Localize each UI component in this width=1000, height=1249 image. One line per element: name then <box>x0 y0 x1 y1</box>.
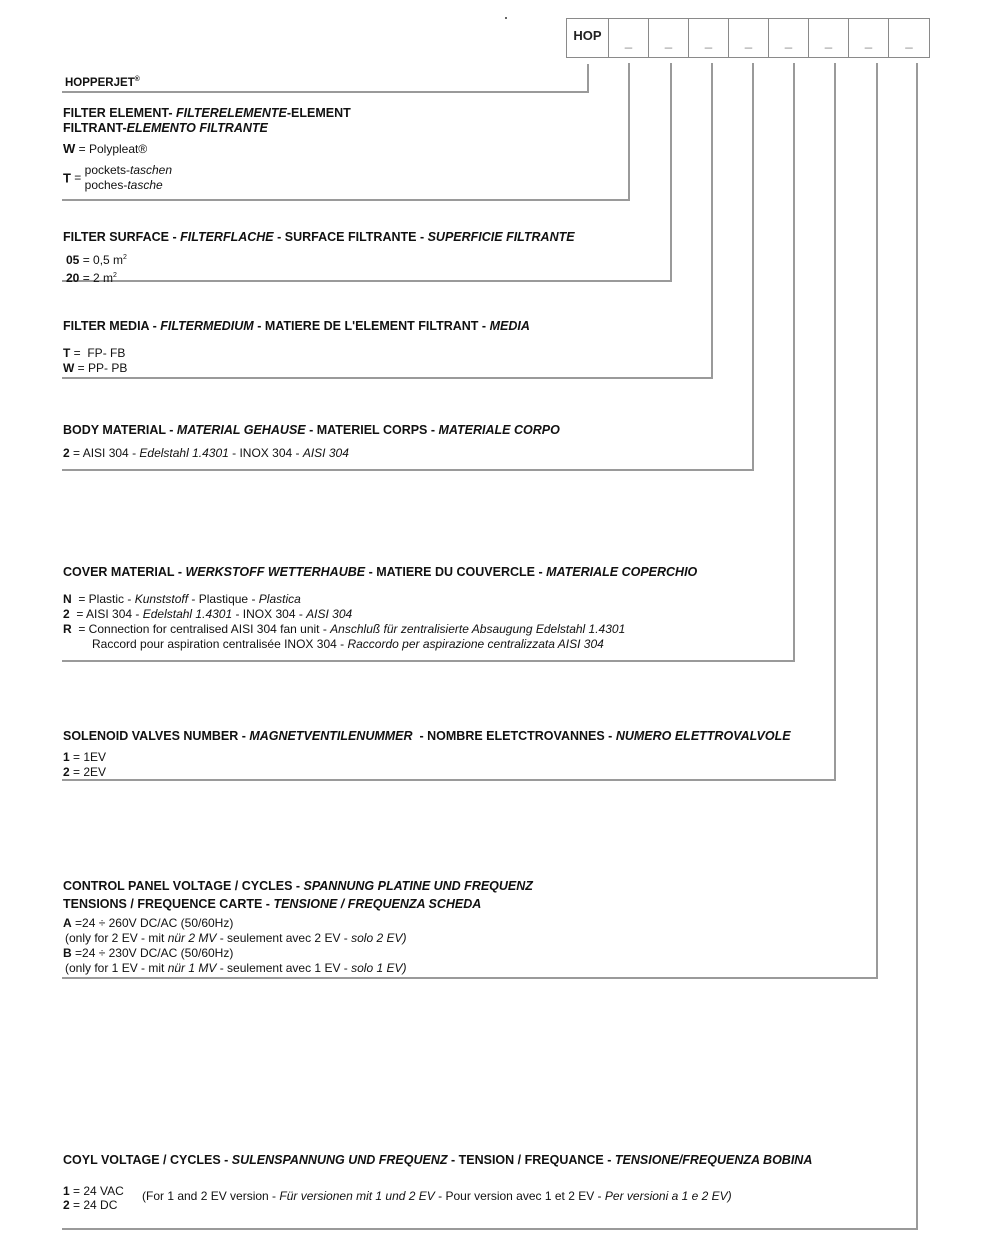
connector-line <box>62 377 713 379</box>
text-fragment: nür 1 MV <box>168 961 217 975</box>
text-fragment: Kunststoff <box>135 592 188 606</box>
text-fragment: Plastica <box>259 592 301 606</box>
code-cell-solenoid-valves: _ <box>809 19 849 57</box>
connector-line <box>62 1228 918 1230</box>
text-fragment: =24 ÷ 230V DC/AC (50/60Hz) <box>72 946 234 960</box>
option-row: W = PP- PB <box>63 361 530 376</box>
coil-voltage-note: (For 1 and 2 EV version - Für versionen … <box>142 1189 732 1203</box>
text-fragment: = 24 VAC <box>70 1184 124 1198</box>
text-fragment: = AISI 304 - <box>70 607 143 621</box>
code-cell-prefix: HOP <box>567 19 609 57</box>
text-fragment: - INOX 304 - <box>229 446 303 460</box>
option-note: (only for 1 EV - mit nür 1 MV - seulemen… <box>63 961 533 976</box>
connector-line <box>628 63 630 200</box>
option-row: 2 = 2EV <box>63 765 791 780</box>
section-solenoid-valves: SOLENOID VALVES NUMBER - MAGNETVENTILENU… <box>63 729 791 780</box>
option-row: B =24 ÷ 230V DC/AC (50/60Hz) <box>63 946 533 961</box>
text-fragment: ELEMENTO FILTRANTE <box>127 121 268 135</box>
connector-line <box>587 64 589 92</box>
text-fragment: SOLENOID VALVES NUMBER - <box>63 729 249 743</box>
option-row: R = Connection for centralised AISI 304 … <box>63 622 697 637</box>
text-fragment: - Pour version avec 1 et 2 EV - <box>435 1189 605 1203</box>
text-fragment: 2 <box>63 446 70 460</box>
stray-mark <box>505 17 507 19</box>
text-fragment: Raccordo per aspirazione centralizzata A… <box>347 637 603 651</box>
text-fragment: TENSIONE/FREQUENZA BOBINA <box>615 1153 812 1167</box>
text-fragment: AISI 304 <box>306 607 352 621</box>
text-fragment: (For 1 and 2 EV version - <box>142 1189 279 1203</box>
section-filter-element: FILTER ELEMENT- FILTERELEMENTE-ELEMENT F… <box>63 106 351 193</box>
code-cell-control-panel: _ <box>849 19 889 57</box>
code-cell-filter-media: _ <box>689 19 729 57</box>
text-fragment: nür 2 MV <box>168 931 217 945</box>
text-fragment: - seulement avec 1 EV - <box>216 961 351 975</box>
text-fragment: CONTROL PANEL VOLTAGE / CYCLES - <box>63 879 304 893</box>
text-fragment: tasche <box>127 178 162 192</box>
text-fragment: SPANNUNG PLATINE UND FREQUENZ <box>304 879 533 893</box>
connector-line <box>916 63 918 1230</box>
option-row: 20 = 2 m2 <box>63 268 575 286</box>
code-cell-body-material: _ <box>729 19 769 57</box>
text-fragment: MATERIAL GEHAUSE <box>177 423 306 437</box>
section-coil-voltage: COYL VOLTAGE / CYCLES - SULENSPANNUNG UN… <box>63 1153 812 1212</box>
text-fragment: = Connection for centralised AISI 304 fa… <box>72 622 331 636</box>
text-fragment: MATERIALE COPERCHIO <box>546 565 697 579</box>
text-fragment: FILTER SURFACE - <box>63 230 180 244</box>
section-title: COVER MATERIAL - WERKSTOFF WETTERHAUBE -… <box>63 565 697 580</box>
text-fragment: N <box>63 592 72 606</box>
text-fragment: Für versionen mit 1 und 2 EV <box>279 1189 434 1203</box>
text-fragment: - seulement avec 2 EV - <box>216 931 351 945</box>
connector-line <box>62 977 878 979</box>
text-fragment: - SURFACE FILTRANTE - <box>274 230 428 244</box>
text-fragment: BODY MATERIAL - <box>63 423 177 437</box>
text-fragment: - Plastique - <box>188 592 259 606</box>
product-name-text: HOPPERJET <box>65 77 135 89</box>
text-fragment: = 2 m <box>79 271 113 285</box>
text-fragment: -ELEMENT <box>287 106 351 120</box>
text-fragment: Edelstahl 1.4301 <box>139 446 228 460</box>
text-fragment: T <box>63 171 71 186</box>
section-title: BODY MATERIAL - MATERIAL GEHAUSE - MATER… <box>63 423 560 438</box>
text-fragment: COVER MATERIAL - <box>63 565 185 579</box>
text-fragment: - MATIERE DU COUVERCLE - <box>365 565 546 579</box>
text-fragment: (only for 2 EV - mit <box>65 931 168 945</box>
section-title: CONTROL PANEL VOLTAGE / CYCLES - SPANNUN… <box>63 877 533 913</box>
text-fragment: solo 1 EV) <box>351 961 406 975</box>
text-fragment: solo 2 EV) <box>351 931 406 945</box>
option-row: 2 = AISI 304 - Edelstahl 1.4301 - INOX 3… <box>63 446 560 461</box>
text-fragment: 2 <box>63 1198 70 1212</box>
option-row: 2 = AISI 304 - Edelstahl 1.4301 - INOX 3… <box>63 607 697 622</box>
text-fragment: - TENSION / FREQUANCE - <box>448 1153 615 1167</box>
text-fragment: FILTER MEDIA - <box>63 319 160 333</box>
text-fragment: AISI 304 <box>303 446 349 460</box>
section-filter-media: FILTER MEDIA - FILTERMEDIUM - MATIERE DE… <box>63 319 530 376</box>
text-fragment: - MATIERE DE L'ELEMENT FILTRANT - <box>254 319 490 333</box>
text-fragment: FILTERFLACHE <box>180 230 274 244</box>
text-fragment: 2 <box>113 272 117 279</box>
text-fragment: - NOMBRE ELETCTROVANNES - <box>413 729 616 743</box>
section-title: FILTER ELEMENT- FILTERELEMENTE-ELEMENT F… <box>63 106 351 136</box>
text-fragment: = AISI 304 - <box>70 446 140 460</box>
text-fragment: = Plastic - <box>72 592 135 606</box>
text-fragment: 2 <box>123 254 127 261</box>
text-fragment: SUPERFICIE FILTRANTE <box>428 230 575 244</box>
text-fragment: = 0,5 m <box>79 253 123 267</box>
section-title: COYL VOLTAGE / CYCLES - SULENSPANNUNG UN… <box>63 1153 812 1168</box>
text-fragment: MEDIA <box>490 319 530 333</box>
text-fragment: FILTERMEDIUM <box>160 319 254 333</box>
connector-line <box>670 63 672 281</box>
text-fragment: = PP- PB <box>74 361 127 375</box>
text-fragment: = 1EV <box>70 750 106 764</box>
connector-line <box>793 63 795 662</box>
text-fragment: taschen <box>130 163 172 177</box>
option-row: W = Polypleat® <box>63 141 351 157</box>
text-fragment: FILTRANT- <box>63 121 127 135</box>
registered-mark: ® <box>135 76 140 83</box>
code-cell-cover-material: _ <box>769 19 809 57</box>
connector-line <box>876 63 878 979</box>
option-row: 1 = 1EV <box>63 750 791 765</box>
text-fragment: = <box>71 171 85 185</box>
text-fragment: WERKSTOFF WETTERHAUBE <box>185 565 365 579</box>
text-fragment: W <box>63 141 75 156</box>
order-code-box: HOP _ _ _ _ _ _ _ _ <box>566 18 930 58</box>
text-fragment: 20 <box>66 271 79 285</box>
connector-line <box>62 469 754 471</box>
section-title: FILTER SURFACE - FILTERFLACHE - SURFACE … <box>63 230 575 245</box>
text-fragment: COYL VOLTAGE / CYCLES - <box>63 1153 232 1167</box>
option-row: N = Plastic - Kunststoff - Plastique - P… <box>63 592 697 607</box>
product-name: HOPPERJET® <box>65 76 140 89</box>
text-fragment: Per versioni a 1 e 2 EV) <box>605 1189 732 1203</box>
section-control-panel: CONTROL PANEL VOLTAGE / CYCLES - SPANNUN… <box>63 877 533 976</box>
connector-line <box>62 660 795 662</box>
text-fragment: SULENSPANNUNG UND FREQUENZ <box>232 1153 448 1167</box>
text-fragment: poches- <box>85 178 128 192</box>
text-fragment: - INOX 304 - <box>232 607 306 621</box>
text-fragment: 05 <box>66 253 79 267</box>
option-row: A =24 ÷ 260V DC/AC (50/60Hz) <box>63 916 533 931</box>
code-cell-coil-voltage: _ <box>889 19 929 57</box>
text-fragment: = 24 DC <box>70 1198 118 1212</box>
text-fragment: TENSIONE / FREQUENZA SCHEDA <box>273 897 481 911</box>
text-fragment: Edelstahl 1.4301 <box>143 607 232 621</box>
text-fragment: (only for 1 EV - mit <box>65 961 168 975</box>
text-fragment: R <box>63 622 72 636</box>
text-fragment: Raccord pour aspiration centralisée INOX… <box>92 637 347 651</box>
text-fragment: 2 <box>63 607 70 621</box>
text-fragment: A <box>63 916 72 930</box>
code-cell-filter-element: _ <box>609 19 649 57</box>
connector-line <box>62 199 630 201</box>
connector-line <box>752 63 754 471</box>
text-fragment: W <box>63 361 74 375</box>
text-fragment: 1 <box>63 1184 70 1198</box>
option-row-continuation: Raccord pour aspiration centralisée INOX… <box>63 637 697 652</box>
text-fragment: - MATERIEL CORPS - <box>306 423 439 437</box>
text-fragment: FILTERELEMENTE <box>176 106 287 120</box>
section-title: FILTER MEDIA - FILTERMEDIUM - MATIERE DE… <box>63 319 530 334</box>
text-fragment: 2 <box>63 765 70 779</box>
text-fragment: MATERIALE CORPO <box>439 423 560 437</box>
option-row: T = pockets-taschen poches-tasche <box>63 163 351 193</box>
section-cover-material: COVER MATERIAL - WERKSTOFF WETTERHAUBE -… <box>63 565 697 652</box>
option-row: 05 = 0,5 m2 <box>63 250 575 268</box>
connector-line <box>834 63 836 781</box>
section-title: SOLENOID VALVES NUMBER - MAGNETVENTILENU… <box>63 729 791 744</box>
code-cell-filter-surface: _ <box>649 19 689 57</box>
section-body-material: BODY MATERIAL - MATERIAL GEHAUSE - MATER… <box>63 423 560 461</box>
text-fragment: NUMERO ELETTROVALVOLE <box>616 729 791 743</box>
text-fragment: TENSIONS / FREQUENCE CARTE - <box>63 897 273 911</box>
text-fragment: 1 <box>63 750 70 764</box>
section-filter-surface: FILTER SURFACE - FILTERFLACHE - SURFACE … <box>63 230 575 286</box>
text-fragment: = 2EV <box>70 765 106 779</box>
option-row: T = FP- FB <box>63 346 530 361</box>
option-note: (only for 2 EV - mit nür 2 MV - seulemen… <box>63 931 533 946</box>
connector-line <box>711 63 713 378</box>
text-fragment: = <box>75 142 89 156</box>
text-fragment: Polypleat® <box>89 142 147 156</box>
text-fragment: FILTER ELEMENT- <box>63 106 176 120</box>
text-fragment: B <box>63 946 72 960</box>
connector-line <box>62 91 589 93</box>
text-fragment: Anschluß für zentralisierte Absaugung Ed… <box>330 622 625 636</box>
text-fragment: pockets- <box>85 163 130 177</box>
text-fragment: MAGNETVENTILENUMMER <box>249 729 412 743</box>
text-fragment: = FP- FB <box>70 346 125 360</box>
text-fragment: =24 ÷ 260V DC/AC (50/60Hz) <box>72 916 234 930</box>
